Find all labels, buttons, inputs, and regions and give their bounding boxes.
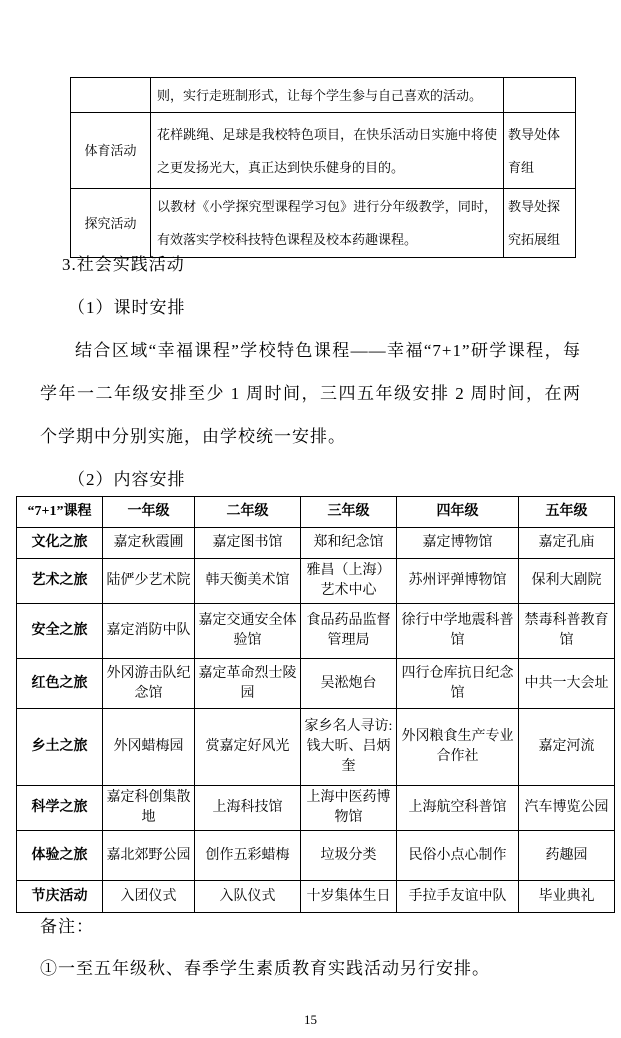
schedule-value-cell: 嘉定孔庙 [519, 528, 615, 559]
schedule-value-cell: 药趣园 [519, 831, 615, 881]
schedule-table-header-cell: 三年级 [301, 497, 397, 528]
notes-block: 备注： ①一至五年级秋、春季学生素质教育实践活动另行安排。 [40, 906, 585, 990]
schedule-value-cell: 徐行中学地震科普馆 [397, 604, 519, 659]
schedule-table: “7+1”课程一年级二年级三年级四年级五年级 文化之旅嘉定秋霞圃嘉定图书馆郑和纪… [16, 496, 615, 913]
schedule-value-cell: 嘉定博物馆 [397, 528, 519, 559]
schedule-value-cell: 郑和纪念馆 [301, 528, 397, 559]
schedule-table-row: 乡土之旅外冈蜡梅园赏嘉定好风光家乡名人寻访:钱大昕、吕炳奎外冈粮食生产专业合作社… [17, 709, 615, 786]
schedule-value-cell: 赏嘉定好风光 [195, 709, 301, 786]
activities-table-row: 则，实行走班制形式，让每个学生参与自己喜欢的活动。 [71, 78, 576, 113]
schedule-value-cell: 嘉北郊野公园 [103, 831, 195, 881]
schedule-value-cell: 嘉定图书馆 [195, 528, 301, 559]
schedule-value-cell: 外冈蜡梅园 [103, 709, 195, 786]
notes-title: 备注： [40, 906, 585, 948]
schedule-table-header-cell: “7+1”课程 [17, 497, 103, 528]
schedule-value-cell: 上海中医药博物馆 [301, 786, 397, 831]
body-text-block: 3.社会实践活动 （1）课时安排 结合区域“幸福课程”学校特色课程——幸福“7+… [40, 243, 581, 501]
activity-dept-cell [504, 78, 576, 113]
schedule-value-cell: 雅昌（上海）艺术中心 [301, 559, 397, 604]
activity-label-cell: 体育活动 [71, 113, 151, 189]
schedule-value-cell: 陆俨少艺术院 [103, 559, 195, 604]
schedule-table-header-row: “7+1”课程一年级二年级三年级四年级五年级 [17, 497, 615, 528]
schedule-category-cell: 红色之旅 [17, 659, 103, 709]
document-page: 则，实行走班制形式，让每个学生参与自己喜欢的活动。体育活动花样跳绳、足球是我校特… [0, 0, 621, 1038]
schedule-value-cell: 嘉定秋霞圃 [103, 528, 195, 559]
schedule-table-row: 科学之旅嘉定科创集散地上海科技馆上海中医药博物馆上海航空科普馆汽车博览公园 [17, 786, 615, 831]
schedule-value-cell: 禁毒科普教育馆 [519, 604, 615, 659]
subsection-heading-2: （2）内容安排 [40, 458, 581, 501]
schedule-value-cell: 韩天衡美术馆 [195, 559, 301, 604]
activity-content-cell: 花样跳绳、足球是我校特色项目，在快乐活动日实施中将使之更发扬光大，真正达到快乐健… [151, 113, 504, 189]
activity-dept-cell: 教导处体育组 [504, 113, 576, 189]
schedule-value-cell: 吴淞炮台 [301, 659, 397, 709]
schedule-table-row: 艺术之旅陆俨少艺术院韩天衡美术馆雅昌（上海）艺术中心苏州评弹博物馆保利大剧院 [17, 559, 615, 604]
schedule-value-cell: 汽车博览公园 [519, 786, 615, 831]
schedule-table-row: 安全之旅嘉定消防中队嘉定交通安全体验馆食品药品监督管理局徐行中学地震科普馆禁毒科… [17, 604, 615, 659]
schedule-value-cell: 创作五彩蜡梅 [195, 831, 301, 881]
activity-label-cell [71, 78, 151, 113]
page-number: 15 [0, 1012, 621, 1028]
schedule-table-row: 红色之旅外冈游击队纪念馆嘉定革命烈士陵园吴淞炮台四行仓库抗日纪念馆中共一大会址 [17, 659, 615, 709]
schedule-table-header-cell: 二年级 [195, 497, 301, 528]
activity-content-cell: 则，实行走班制形式，让每个学生参与自己喜欢的活动。 [151, 78, 504, 113]
schedule-value-cell: 四行仓库抗日纪念馆 [397, 659, 519, 709]
schedule-value-cell: 嘉定科创集散地 [103, 786, 195, 831]
schedule-category-cell: 文化之旅 [17, 528, 103, 559]
schedule-value-cell: 嘉定消防中队 [103, 604, 195, 659]
schedule-value-cell: 民俗小点心制作 [397, 831, 519, 881]
schedule-value-cell: 外冈粮食生产专业合作社 [397, 709, 519, 786]
schedule-table-header-cell: 四年级 [397, 497, 519, 528]
schedule-value-cell: 嘉定河流 [519, 709, 615, 786]
schedule-value-cell: 家乡名人寻访:钱大昕、吕炳奎 [301, 709, 397, 786]
schedule-value-cell: 上海航空科普馆 [397, 786, 519, 831]
schedule-table-header-cell: 一年级 [103, 497, 195, 528]
schedule-table-row: 文化之旅嘉定秋霞圃嘉定图书馆郑和纪念馆嘉定博物馆嘉定孔庙 [17, 528, 615, 559]
schedule-value-cell: 中共一大会址 [519, 659, 615, 709]
note-item: ①一至五年级秋、春季学生素质教育实践活动另行安排。 [40, 948, 585, 990]
section-heading: 3.社会实践活动 [40, 243, 581, 286]
schedule-table-header-cell: 五年级 [519, 497, 615, 528]
body-paragraph: 结合区域“幸福课程”学校特色课程——幸福“7+1”研学课程，每学年一二年级安排至… [40, 329, 581, 458]
schedule-category-cell: 安全之旅 [17, 604, 103, 659]
schedule-category-cell: 体验之旅 [17, 831, 103, 881]
schedule-value-cell: 保利大剧院 [519, 559, 615, 604]
schedule-value-cell: 食品药品监督管理局 [301, 604, 397, 659]
schedule-category-cell: 艺术之旅 [17, 559, 103, 604]
activities-table-row: 体育活动花样跳绳、足球是我校特色项目，在快乐活动日实施中将使之更发扬光大，真正达… [71, 113, 576, 189]
schedule-value-cell: 垃圾分类 [301, 831, 397, 881]
schedule-value-cell: 上海科技馆 [195, 786, 301, 831]
schedule-table-row: 体验之旅嘉北郊野公园创作五彩蜡梅垃圾分类民俗小点心制作药趣园 [17, 831, 615, 881]
schedule-value-cell: 嘉定交通安全体验馆 [195, 604, 301, 659]
schedule-category-cell: 科学之旅 [17, 786, 103, 831]
schedule-value-cell: 嘉定革命烈士陵园 [195, 659, 301, 709]
schedule-value-cell: 外冈游击队纪念馆 [103, 659, 195, 709]
schedule-value-cell: 苏州评弹博物馆 [397, 559, 519, 604]
schedule-category-cell: 乡土之旅 [17, 709, 103, 786]
activities-table: 则，实行走班制形式，让每个学生参与自己喜欢的活动。体育活动花样跳绳、足球是我校特… [70, 77, 576, 258]
subsection-heading-1: （1）课时安排 [40, 286, 581, 329]
